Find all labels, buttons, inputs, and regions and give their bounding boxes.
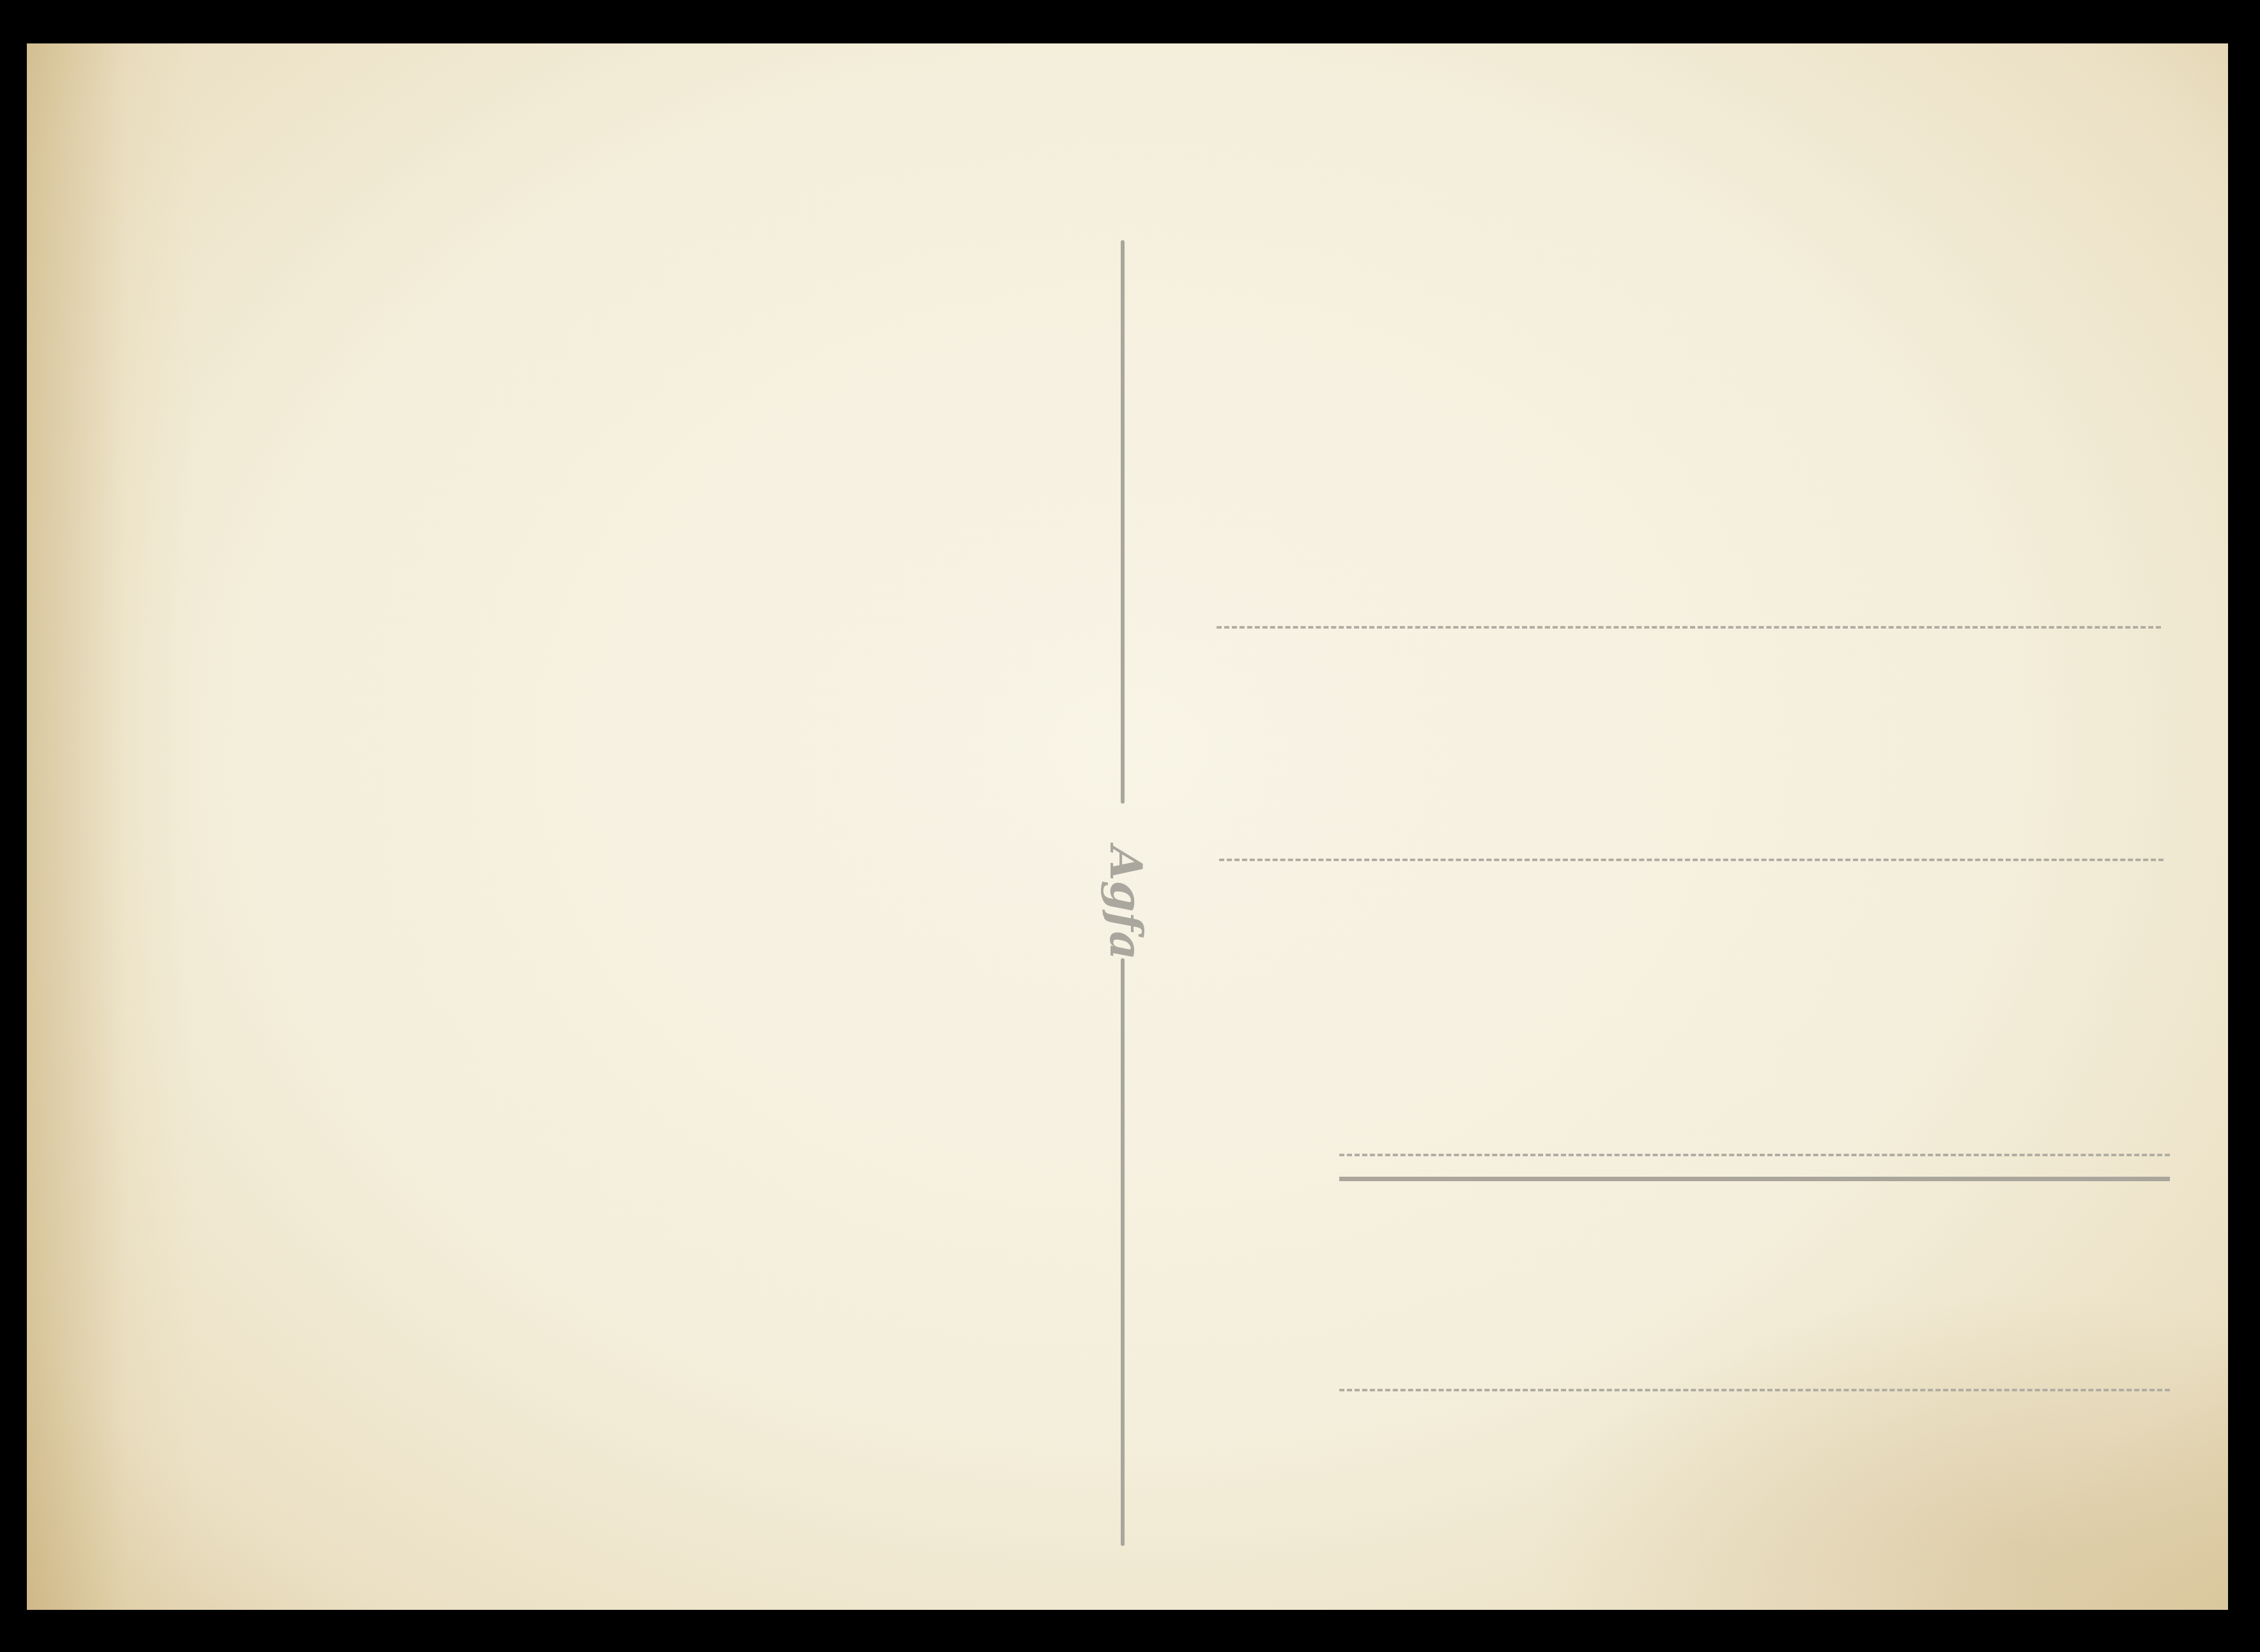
brand-mark-text: Agfa xyxy=(1100,846,1153,960)
divider-line-top xyxy=(1121,240,1125,804)
address-line-2 xyxy=(1219,859,2164,861)
brand-mark: Agfa xyxy=(1088,855,1164,951)
postcard-back: Agfa xyxy=(27,43,2228,1610)
address-line-1 xyxy=(1217,626,2161,629)
age-stain-bottom-right xyxy=(1525,1290,2228,1610)
age-stain-left xyxy=(27,43,193,1610)
divider-line-bottom xyxy=(1121,958,1125,1546)
address-line-4 xyxy=(1339,1389,2170,1391)
address-rule-solid xyxy=(1339,1177,2170,1181)
address-line-3 xyxy=(1339,1154,2170,1156)
